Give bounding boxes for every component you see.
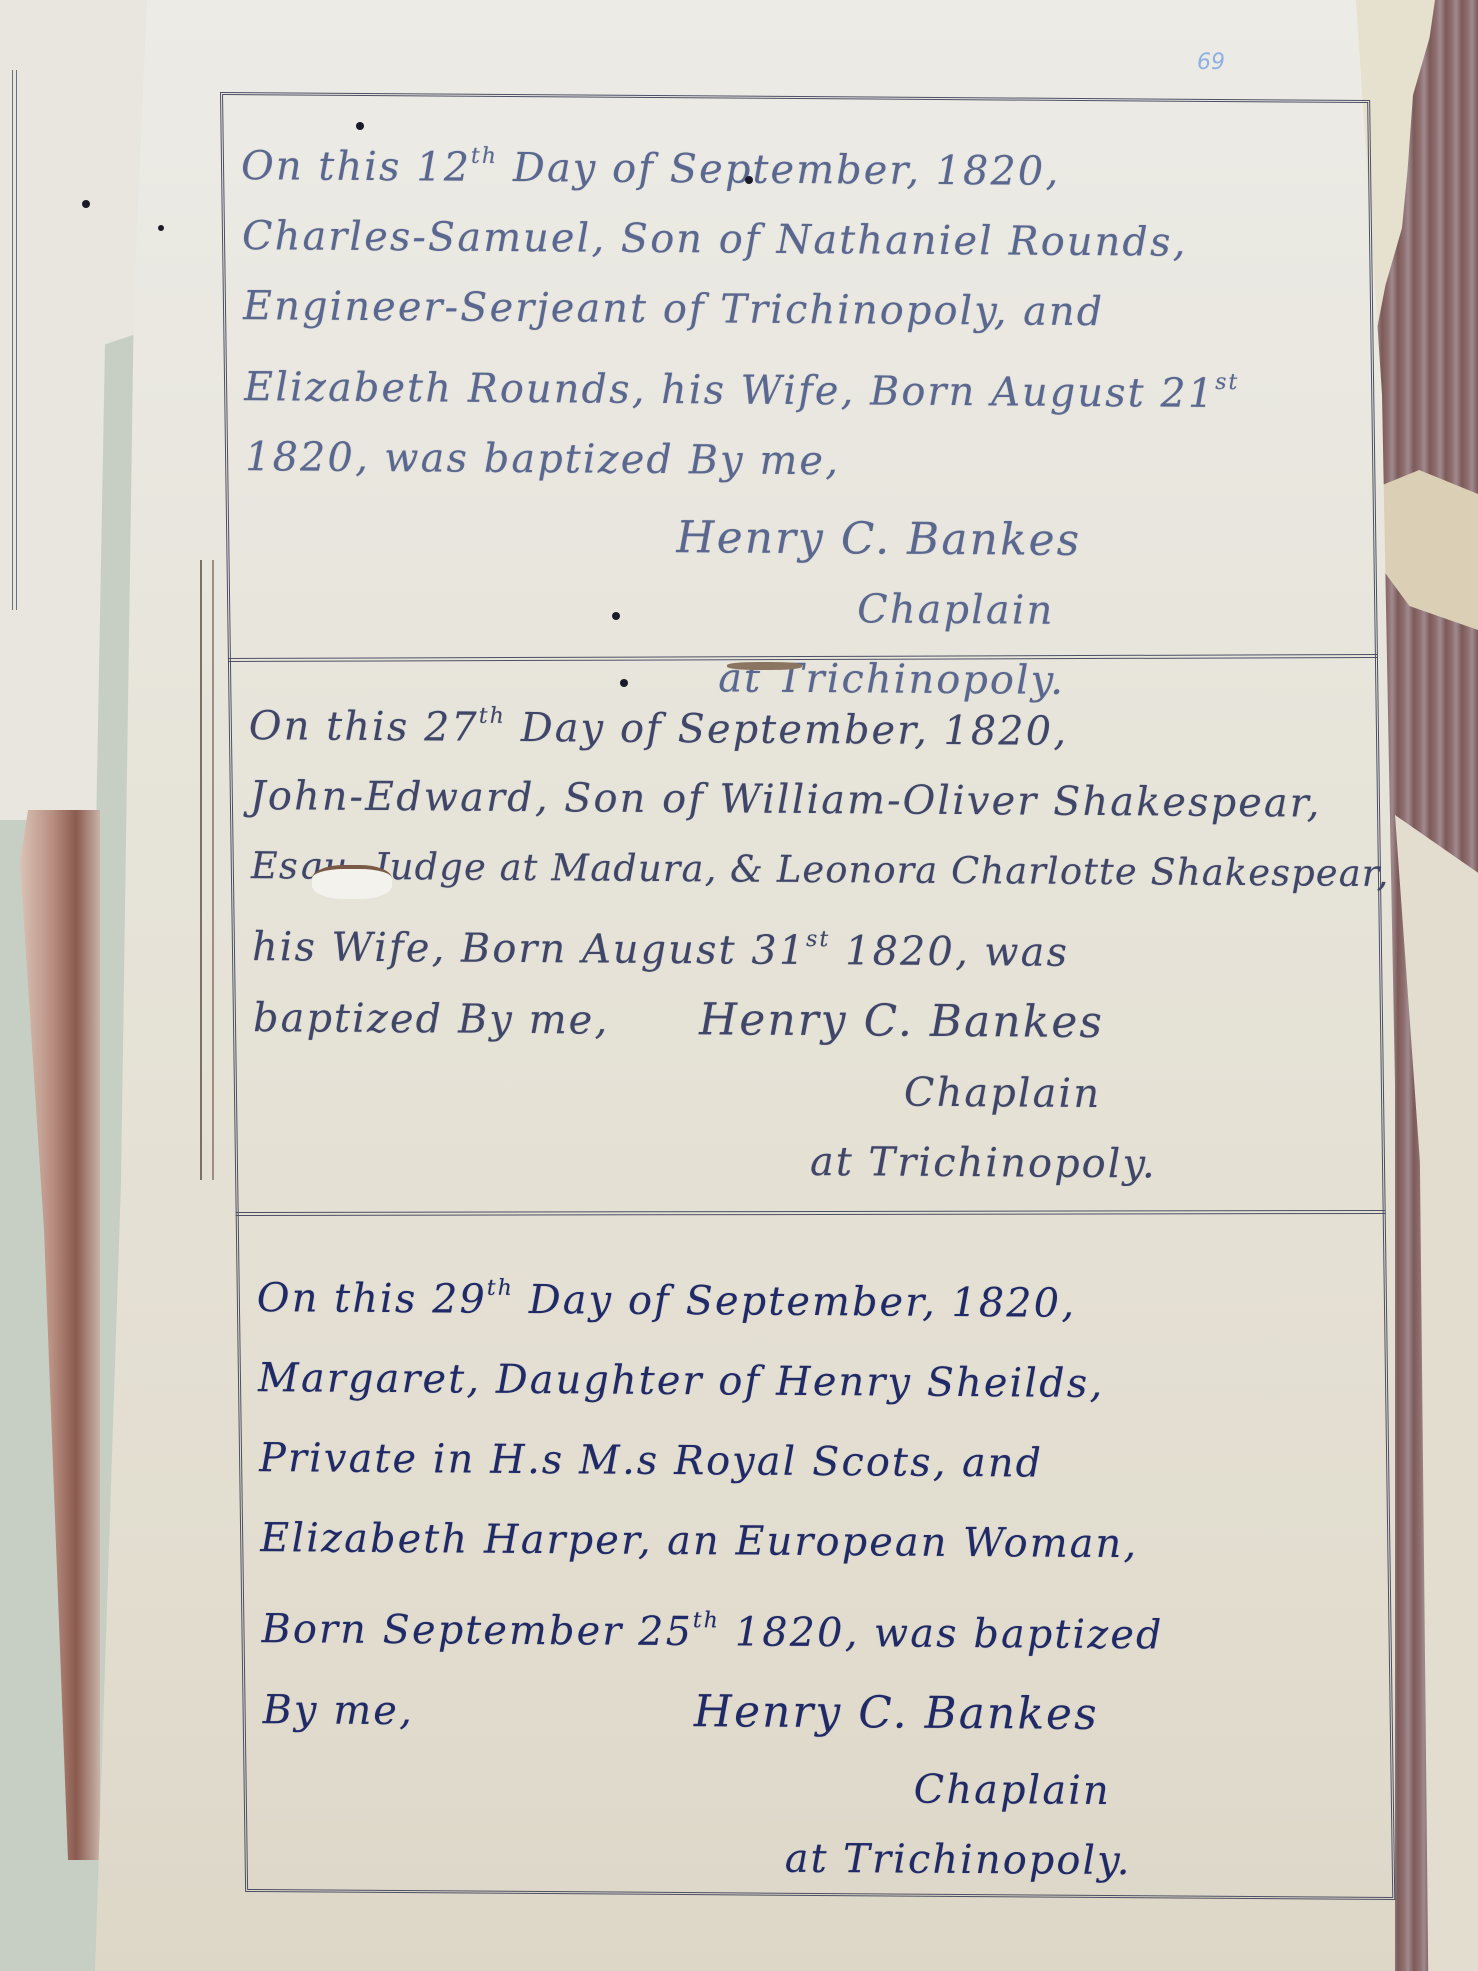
entry-line: Elizabeth Harper, an European Woman, [260, 1498, 1361, 1586]
signature-title: Chaplain [253, 1053, 1354, 1131]
entry-line: baptized By me,Henry C. Bankes [252, 982, 1353, 1061]
signature-title: Chaplain [263, 1750, 1364, 1828]
ink-speck [620, 679, 628, 687]
paper-hole [312, 865, 392, 899]
entry-line: Engineer-Serjeant of Trichinopoly, and [243, 271, 1344, 349]
entry-line: Charles-Samuel, Son of Nathaniel Rounds, [242, 201, 1343, 279]
entry-line: Born September 25th 1820, was baptized [261, 1578, 1362, 1677]
baptism-entry-1: On this 12th Day of September, 1820, Cha… [220, 92, 1378, 660]
ruled-frame: On this 12th Day of September, 1820, Cha… [220, 92, 1395, 1900]
entry-line: On this 27th Day of September, 1820, [248, 680, 1349, 769]
ink-speck [158, 225, 164, 231]
signature-place: at Trichinopoly. [264, 1820, 1365, 1898]
signature-name: Henry C. Bankes [246, 500, 1347, 578]
ink-speck [612, 612, 620, 620]
entry-line: 1820, was baptized By me, [245, 422, 1346, 500]
signature-name: Henry C. Bankes [413, 1670, 1099, 1755]
paper-tear [727, 662, 802, 670]
signature-place: at Trichinopoly. [254, 1123, 1355, 1201]
baptism-entry-3: On this 29th Day of September, 1820, Mar… [236, 1207, 1396, 1900]
ink-speck [82, 200, 90, 208]
entry-line: Private in H.s M.s Royal Scots, and [259, 1418, 1360, 1506]
signature-name: Henry C. Bankes [608, 985, 1104, 1058]
entry-line: Esqu, Judge at Madura, & Leonora Charlot… [250, 831, 1351, 909]
entry-line: By me,Henry C. Bankes [262, 1669, 1363, 1758]
signature-block: Chaplain at Trichinopoly. [263, 1750, 1365, 1898]
page-number: 69 [1197, 50, 1225, 75]
ink-speck [745, 176, 753, 184]
entry-line: Margaret, Daughter of Henry Sheilds, [257, 1338, 1358, 1426]
entry-line: his Wife, Born August 31st 1820, was [251, 901, 1352, 990]
signature-title: Chaplain [247, 570, 1348, 648]
baptism-entry-2: On this 27th Day of September, 1820, Joh… [228, 652, 1386, 1215]
entry-line: John-Edward, Son of William-Oliver Shake… [249, 761, 1350, 839]
entry-line: On this 29th Day of September, 1820, [256, 1247, 1357, 1346]
left-page-rule-line [12, 70, 17, 610]
signature-block: Chaplain at Trichinopoly. [253, 1053, 1355, 1201]
ink-speck [356, 122, 364, 130]
entry-line: On this 12th Day of September, 1820, [240, 120, 1341, 209]
page-binding-edge [200, 560, 214, 1180]
entry-line: Elizabeth Rounds, his Wife, Born August … [243, 341, 1344, 430]
